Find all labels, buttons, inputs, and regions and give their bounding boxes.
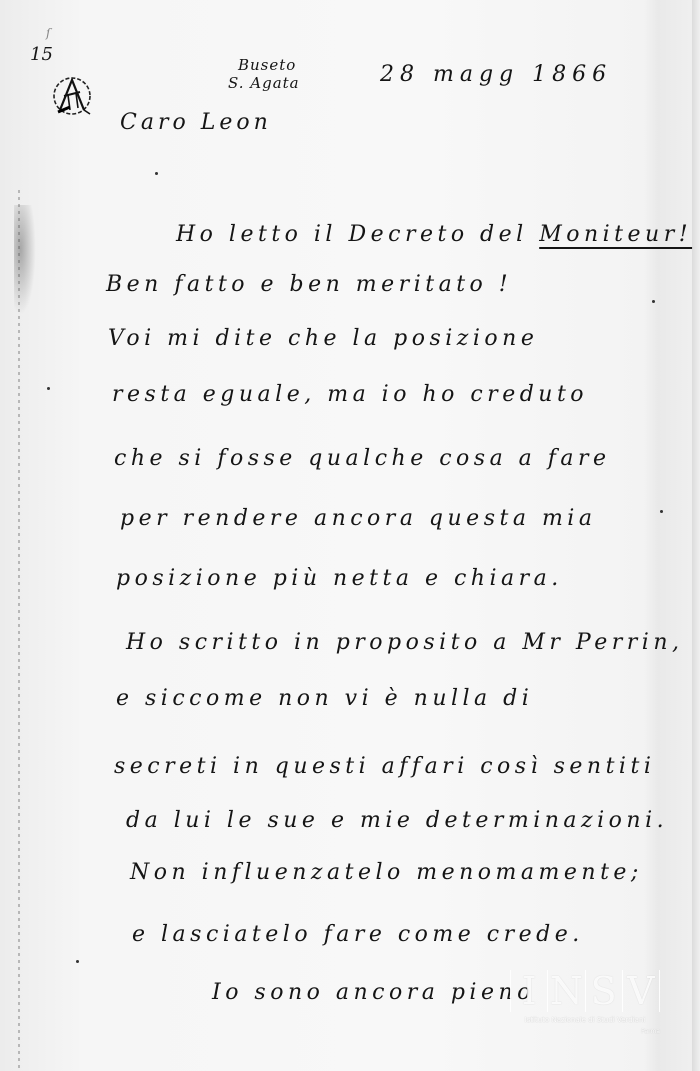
page-mark: ſ [46,26,50,40]
letter-line: resta eguale, ma io ho creduto [112,382,588,407]
ink-speck [47,387,50,390]
insv-watermark: I N S V Istituto Nazionale di Studi Verd… [510,970,660,1032]
watermark-letter: N [548,970,585,1012]
letter-line: che si fosse qualche cosa a fare [114,446,611,471]
watermark-subtitle-2: Parma [510,1028,660,1035]
ink-speck [155,172,158,175]
watermark-letter: I [511,970,548,1012]
letter-line: e lasciatelo fare come crede. [132,922,584,947]
letter-line: da lui le sue e mie determinazioni. [126,808,668,833]
underlined-word: Moniteur! [539,222,692,247]
letter-date: 28 magg 1866 [380,62,612,87]
watermark-letters: I N S V [510,970,660,1012]
ink-speck [76,960,79,963]
place-line-2: S. Agata [228,74,300,92]
place-header: Buseto S. Agata [228,56,300,92]
watermark-letter: V [623,970,660,1012]
fold-line [18,190,20,1070]
ink-speck [660,510,663,513]
archive-stamp-icon [50,74,94,118]
letter-line: Ho letto il Decreto del Moniteur! [176,222,692,247]
letter-line: per rendere ancora questa mia [120,506,596,531]
letter-line: Non influenzatelo menomamente; [130,860,643,885]
letter-line: Ben fatto e ben meritato ! [106,272,512,297]
letter-line: Voi mi dite che la posizione [108,326,538,351]
letter-page: ſ 15 Buseto S. Agata 28 magg 1866 Caro L… [0,0,700,1071]
place-line-1: Buseto [228,56,300,74]
letter-line: posizione più netta e chiara. [116,566,563,591]
ink-speck [652,300,655,303]
letter-line: Ho scritto in proposito a Mr Perrin, [126,630,684,655]
letter-line: e siccome non vi è nulla di [116,686,533,711]
letter-line: Io sono ancora pieno [212,980,535,1005]
watermark-subtitle: Istituto Nazionale di Studi Verdiani [510,1016,660,1024]
letter-line: secreti in questi affari così sentiti [114,754,655,779]
salutation: Caro Leon [120,110,272,135]
ink-smudge [14,205,36,315]
page-number: 15 [30,44,53,65]
paper-edge [692,0,700,1071]
watermark-letter: S [586,970,623,1012]
letter-line-text: Ho letto il Decreto del [176,222,539,247]
